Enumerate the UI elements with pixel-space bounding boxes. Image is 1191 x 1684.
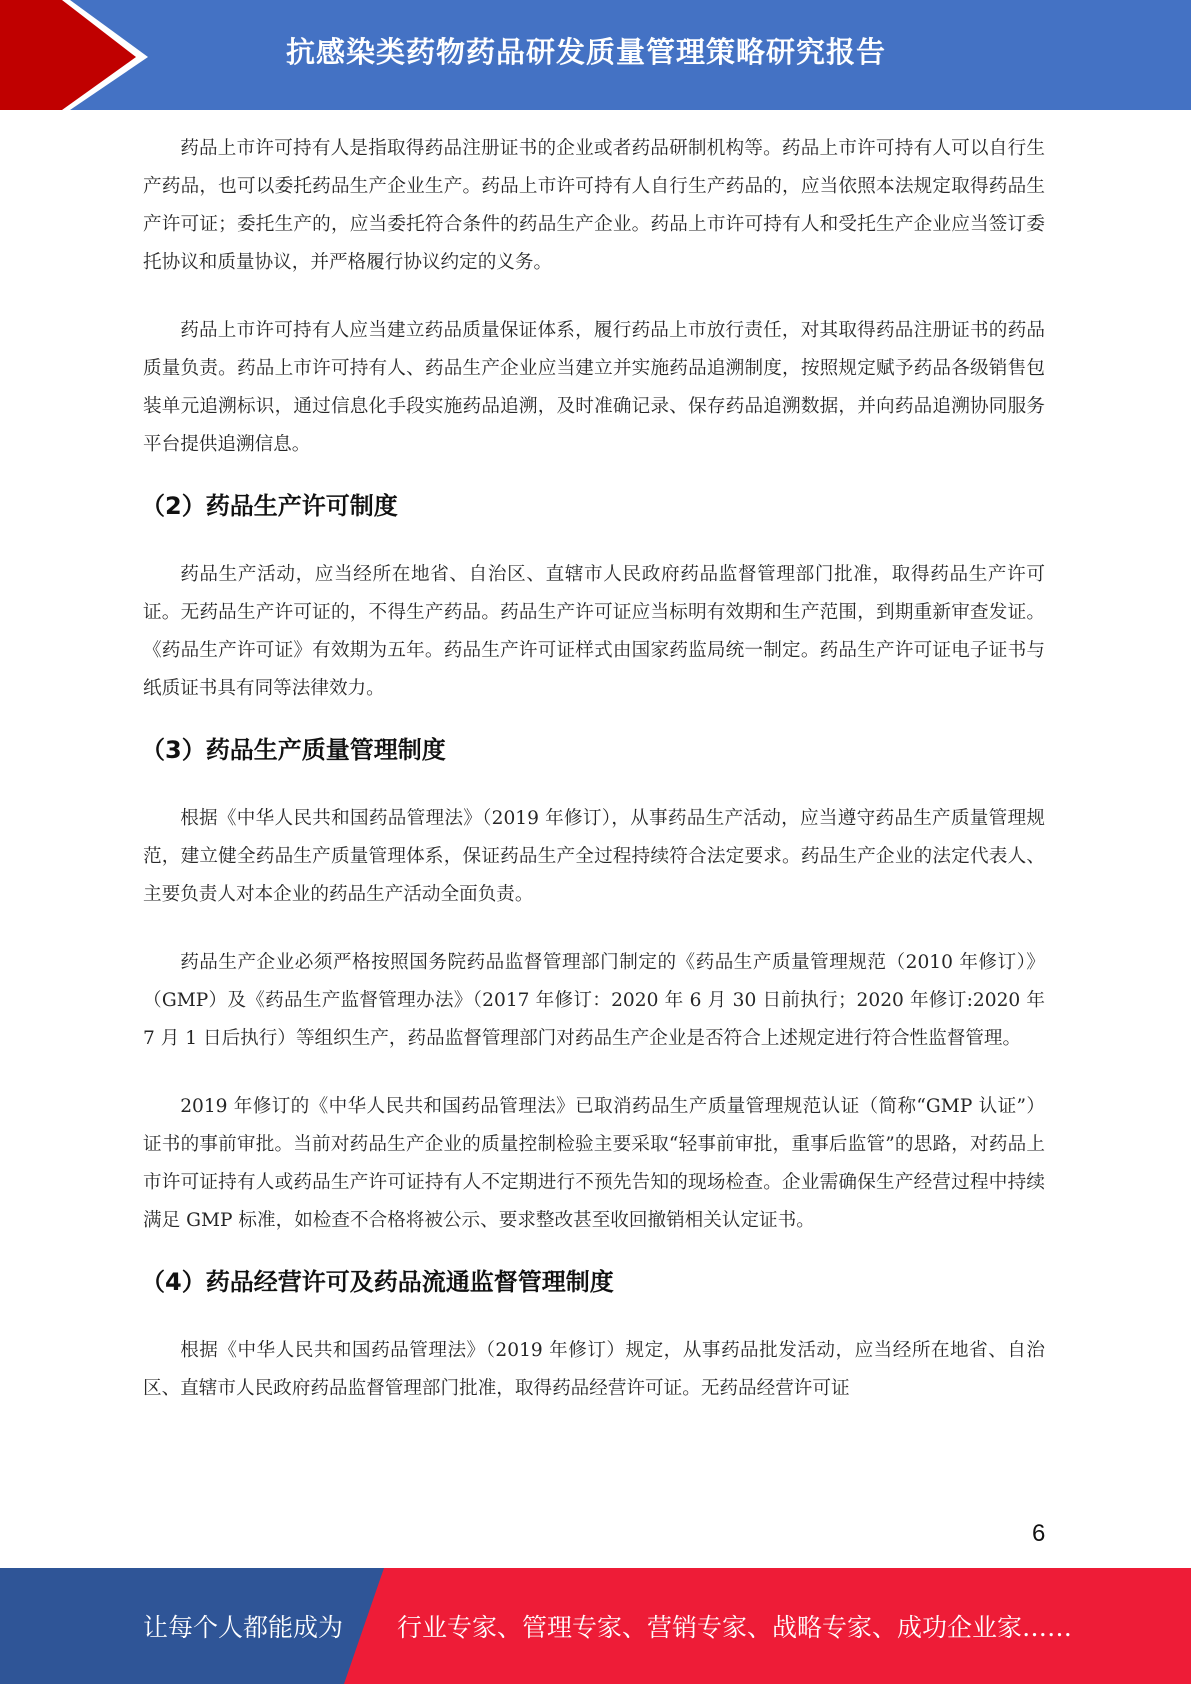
paragraph: 药品上市许可持有人应当建立药品质量保证体系，履行药品上市放行责任，对其取得药品注… — [143, 312, 1045, 464]
paragraph: 药品生产企业必须严格按照国务院药品监督管理部门制定的《药品生产质量管理规范（20… — [143, 944, 1045, 1058]
paragraph: 2019 年修订的《中华人民共和国药品管理法》已取消药品生产质量管理规范认证（简… — [143, 1088, 1045, 1240]
paragraph: 药品生产活动，应当经所在地省、自治区、直辖市人民政府药品监督管理部门批准，取得药… — [143, 556, 1045, 708]
page-header: 抗感染类药物药品研发质量管理策略研究报告 — [0, 0, 1191, 110]
paragraph: 药品上市许可持有人是指取得药品注册证书的企业或者药品研制机构等。药品上市许可持有… — [143, 130, 1045, 282]
section-heading: （2）药品生产许可制度 — [141, 486, 1045, 526]
section-heading: （3）药品生产质量管理制度 — [141, 730, 1045, 770]
document-body: 药品上市许可持有人是指取得药品注册证书的企业或者药品研制机构等。药品上市许可持有… — [143, 130, 1045, 1408]
page-number: 6 — [1032, 1520, 1045, 1548]
footer-slogan-right: 行业专家、管理专家、营销专家、战略专家、成功企业家…… — [397, 1608, 1072, 1644]
footer-slogan-left: 让每个人都能成为 — [143, 1608, 343, 1644]
chevron-arrow-icon — [0, 0, 160, 110]
paragraph: 根据《中华人民共和国药品管理法》（2019 年修订），从事药品生产活动，应当遵守… — [143, 800, 1045, 914]
section-heading: （4）药品经营许可及药品流通监督管理制度 — [141, 1262, 1045, 1302]
report-title: 抗感染类药物药品研发质量管理策略研究报告 — [286, 30, 886, 71]
page-footer: 让每个人都能成为 行业专家、管理专家、营销专家、战略专家、成功企业家…… — [0, 1568, 1191, 1684]
paragraph: 根据《中华人民共和国药品管理法》（2019 年修订）规定，从事药品批发活动，应当… — [143, 1332, 1045, 1408]
